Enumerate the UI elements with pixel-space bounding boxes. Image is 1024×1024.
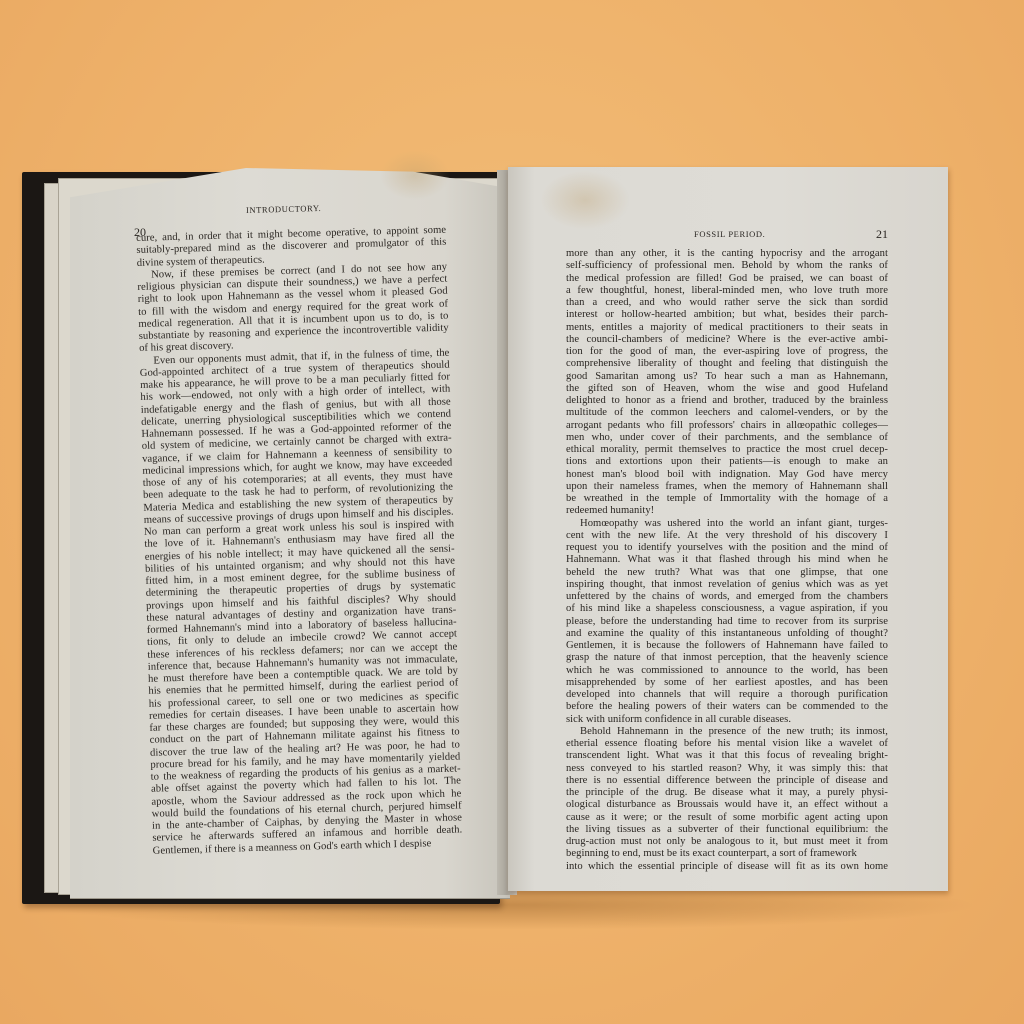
text-line: unfettered by the chains of words, and e… (566, 591, 888, 603)
text-line: etherial essence floating before his men… (566, 738, 888, 750)
text-line: interest or hollow-hearted ambition; but… (566, 309, 888, 321)
text-line: please, before the understanding had tim… (566, 616, 888, 628)
text-line: Behold Hahnemann in the presence of the … (566, 726, 888, 738)
text-line: good Samaritan among us? To hear such a … (566, 371, 888, 383)
page-stain (380, 150, 450, 200)
text-line: the principle of the drug. Be disease wh… (566, 787, 888, 799)
text-line: tions and extortions upon their patients… (566, 456, 888, 468)
book-photo-scene: INTRODUCTORY. 20 FOSSIL PERIOD. 21 cure,… (0, 0, 1024, 1024)
text-line: sick with uniform confidence in all cura… (566, 714, 888, 726)
text-line: before the healing powers of their water… (566, 701, 888, 713)
text-line: ments, entitles a majority of medical pr… (566, 322, 888, 334)
left-page-body: cure, and, in order that it might become… (136, 225, 463, 858)
text-line: more than any other, it is the canting h… (566, 248, 888, 260)
text-line: Homœopathy was ushered into the world an… (566, 518, 888, 530)
text-line: honest man's blood boil with indignation… (566, 469, 888, 481)
text-line: ethical morality, permit themselves to p… (566, 444, 888, 456)
text-line: grasp the nature of that inmost percepti… (566, 652, 888, 664)
right-running-head: FOSSIL PERIOD. (694, 229, 765, 239)
text-line: the medical profession are filled! God b… (566, 273, 888, 285)
text-line: developed into channels that will requir… (566, 689, 888, 701)
text-line: and examine the quality of this instanta… (566, 628, 888, 640)
text-line: Gentlemen, it is because the followers o… (566, 640, 888, 652)
left-running-head: INTRODUCTORY. (246, 203, 322, 215)
text-line: a few thoughtful, honest, liberal-minded… (566, 285, 888, 297)
text-line: cause as it were; or the result of some … (566, 812, 888, 824)
text-line: delighted to honor as a friend and broth… (566, 395, 888, 407)
text-line: beheld the new truth? What was that one … (566, 567, 888, 579)
text-line: self-sufficiency of professional men. Be… (566, 260, 888, 272)
text-line: the living tissues as a subverter of the… (566, 824, 888, 836)
text-line: which he was commissioned to announce to… (566, 665, 888, 677)
text-line: the gifted son of Heaven, whom the wise … (566, 383, 888, 395)
text-line: arrogant pedants who fill professors' ch… (566, 420, 888, 432)
text-line: the council-chambers of medicine? Where … (566, 334, 888, 346)
right-page-body: more than any other, it is the canting h… (566, 248, 888, 873)
text-line: men who, under cover of their parchments… (566, 432, 888, 444)
text-line: ness conveyed to his startled reason? Wh… (566, 763, 888, 775)
text-line: request you to identify yourselves with … (566, 542, 888, 554)
text-line: into which the essential principle of di… (566, 861, 888, 873)
text-line: cent with the new life. At the very thre… (566, 530, 888, 542)
text-line: there is no essential difference between… (566, 775, 888, 787)
text-line: tion for the good of man, the ever-aspir… (566, 346, 888, 358)
text-line: of his mind like a shapeless consciousne… (566, 603, 888, 615)
right-page-number: 21 (876, 227, 888, 242)
text-line: be wreathed in the temple of Immortality… (566, 493, 888, 505)
text-line: redeemed humanity! (566, 505, 888, 517)
text-line: misapprehended by some of her earliest a… (566, 677, 888, 689)
text-line: than a creed, and who would rather serve… (566, 297, 888, 309)
text-line: beginning to end, must be its exact coun… (566, 848, 888, 860)
page-stain (540, 170, 630, 230)
text-line: ological disturbance as Broussais would … (566, 799, 888, 811)
text-line: upon their nameless frames, when the mem… (566, 481, 888, 493)
text-line: Hahnemann. What was it that flashed thro… (566, 554, 888, 566)
text-line: drug-action must not only be analogous t… (566, 836, 888, 848)
text-line: transcendent light. What was it that thi… (566, 750, 888, 762)
text-line: comprehensive liberality of thought and … (566, 358, 888, 370)
text-line: inspiring thought, that inmost revelatio… (566, 579, 888, 591)
text-line: multitude of the common leechers and cal… (566, 407, 888, 419)
